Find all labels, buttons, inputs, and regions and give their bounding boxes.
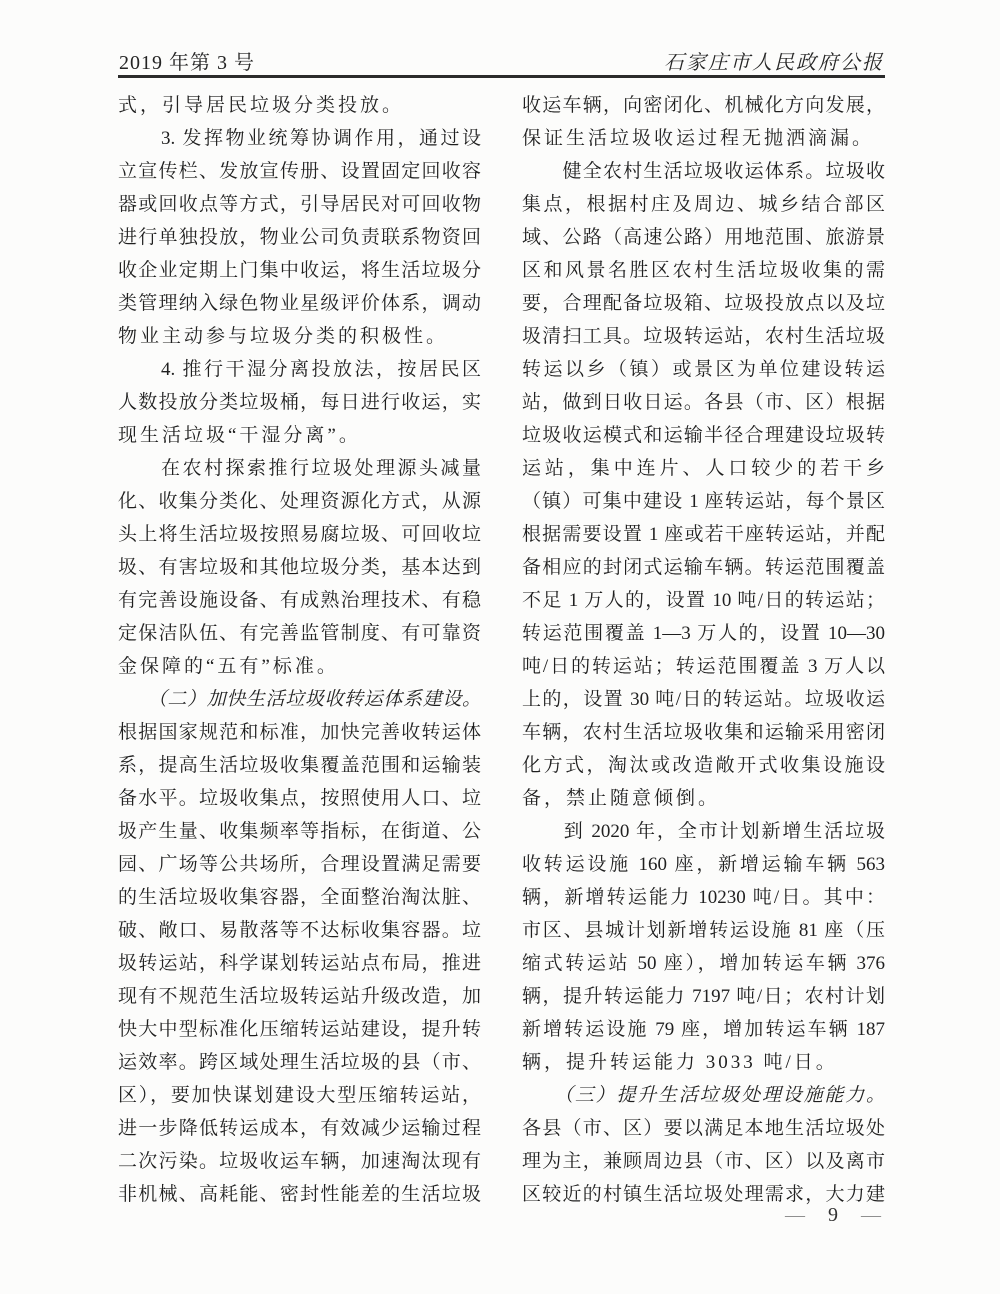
text-line: 健全农村生活垃圾收运体系。垃圾收	[522, 155, 885, 188]
text-line: 金保障的“五有”标准。	[118, 650, 481, 683]
text-line: 圾产生量、收集频率等指标，在街道、公	[118, 815, 481, 848]
text-line: 域、公路（高速公路）用地范围、旅游景	[522, 221, 885, 254]
text-line: 根据需要设置 1 座或若干座转运站，并配	[522, 518, 885, 551]
text-line: 的生活垃圾收集容器，全面整治淘汰脏、	[118, 881, 481, 914]
text-line: 4. 推行干湿分离投放法，按居民区	[118, 353, 481, 386]
gazette-page: 2019 年第 3 号 石家庄市人民政府公报 式，引导居民垃圾分类投放。 3. …	[0, 0, 1000, 1294]
text-line: 上的，设置 30 吨/日的转运站。垃圾收运	[522, 683, 885, 716]
text-line: 新增转运设施 79 座，增加转运车辆 187	[522, 1013, 885, 1046]
text-line: 转运以乡（镇）或景区为单位建设转运	[522, 353, 885, 386]
header-rule	[118, 75, 885, 78]
section-heading-line: （三）提升生活垃圾处理设施能力。	[522, 1079, 885, 1112]
text-line: 园、广场等公共场所，合理设置满足需要	[118, 848, 481, 881]
text-line: 圾转运站，科学谋划转运站点布局，推进	[118, 947, 481, 980]
text-line: 辆，提升转运能力 3033 吨/日。	[522, 1046, 885, 1079]
text-line: 类管理纳入绿色物业星级评价体系，调动	[118, 287, 481, 320]
section-heading-line: （二）加快生活垃圾收转运体系建设。	[118, 683, 481, 716]
footer-dash-left: —	[785, 1204, 805, 1227]
text-line: 进行单独投放，物业公司负责联系物资回	[118, 221, 481, 254]
text-line: 现有不规范生活垃圾转运站升级改造，加	[118, 980, 481, 1013]
text-line: 非机械、高耗能、密封性能差的生活垃圾	[118, 1178, 481, 1211]
text-line: 运效率。跨区域处理生活垃圾的县（市、	[118, 1046, 481, 1079]
text-line: 器或回收点等方式，引导居民对可回收物	[118, 188, 481, 221]
text-line: 集点，根据村庄及周边、城乡结合部区	[522, 188, 885, 221]
text-line: 站，做到日收日运。各县（市、区）根据	[522, 386, 885, 419]
text-line: 备水平。垃圾收集点，按照使用人口、垃	[118, 782, 481, 815]
text-line: 圾清扫工具。垃圾转运站，农村生活垃圾	[522, 320, 885, 353]
text-line: 理为主，兼顾周边县（市、区）以及离市	[522, 1145, 885, 1178]
text-line: 人数投放分类垃圾桶，每日进行收运，实	[118, 386, 481, 419]
text-line: 头上将生活垃圾按照易腐垃圾、可回收垃	[118, 518, 481, 551]
page-footer: — 9 —	[785, 1203, 881, 1227]
text-line: 区），要加快谋划建设大型压缩转运站，	[118, 1079, 481, 1112]
text-line: 在农村探索推行垃圾处理源头减量	[118, 452, 481, 485]
text-line: 各县（市、区）要以满足本地生活垃圾处	[522, 1112, 885, 1145]
text-line: 到 2020 年，全市计划新增生活垃圾	[522, 815, 885, 848]
text-line: 现生活垃圾“干湿分离”。	[118, 419, 481, 452]
text-line: 备，禁止随意倾倒。	[522, 782, 885, 815]
text-line: 转运范围覆盖 1—3 万人的，设置 10—30	[522, 617, 885, 650]
text-line: 不足 1 万人的，设置 10 吨/日的转运站；	[522, 584, 885, 617]
text-line: 缩式转运站 50 座），增加转运车辆 376	[522, 947, 885, 980]
header-issue: 2019 年第 3 号	[119, 46, 255, 75]
text-line: 车辆，农村生活垃圾收集和运输采用密闭	[522, 716, 885, 749]
text-line: 化、收集分类化、处理资源化方式，从源	[118, 485, 481, 518]
text-line: （镇）可集中建设 1 座转运站，每个景区	[522, 485, 885, 518]
text-line: 收企业定期上门集中收运，将生活垃圾分	[118, 254, 481, 287]
text-line: 物业主动参与垃圾分类的积极性。	[118, 320, 481, 353]
text-line: 运站，集中连片、人口较少的若干乡	[522, 452, 885, 485]
text-line: 式，引导居民垃圾分类投放。	[118, 89, 481, 122]
text-line: 进一步降低转运成本，有效减少运输过程	[118, 1112, 481, 1145]
text-line: 定保洁队伍、有完善监管制度、有可靠资	[118, 617, 481, 650]
text-line: 立宣传栏、发放宣传册、设置固定回收容	[118, 155, 481, 188]
text-column-right: 收运车辆，向密闭化、机械化方向发展，保证生活垃圾收运过程无抛洒滴漏。 健全农村生…	[522, 89, 885, 1211]
footer-dash-right: —	[861, 1204, 881, 1227]
text-line: 辆，新增转运能力 10230 吨/日。其中：	[522, 881, 885, 914]
text-line: 备相应的封闭式运输车辆。转运范围覆盖	[522, 551, 885, 584]
text-line: 破、敞口、易散落等不达标收集容器。垃	[118, 914, 481, 947]
text-line: 辆，提升转运能力 7197 吨/日；农村计划	[522, 980, 885, 1013]
text-line: 保证生活垃圾收运过程无抛洒滴漏。	[522, 122, 885, 155]
text-line: 3. 发挥物业统筹协调作用，通过设	[118, 122, 481, 155]
text-line: 有完善设施设备、有成熟治理技术、有稳	[118, 584, 481, 617]
text-line: 区和风景名胜区农村生活垃圾收集的需	[522, 254, 885, 287]
text-line: 市区、县城计划新增转运设施 81 座（压	[522, 914, 885, 947]
text-column-left: 式，引导居民垃圾分类投放。 3. 发挥物业统筹协调作用，通过设立宣传栏、发放宣传…	[118, 89, 481, 1211]
text-line: 收运车辆，向密闭化、机械化方向发展，	[522, 89, 885, 122]
page-number: 9	[828, 1204, 838, 1227]
text-line: 圾、有害垃圾和其他垃圾分类，基本达到	[118, 551, 481, 584]
text-line: 二次污染。垃圾收运车辆，加速淘汰现有	[118, 1145, 481, 1178]
text-line: 根据国家规范和标准，加快完善收转运体	[118, 716, 481, 749]
text-line: 要，合理配备垃圾箱、垃圾投放点以及垃	[522, 287, 885, 320]
text-line: 系，提高生活垃圾收集覆盖范围和运输装	[118, 749, 481, 782]
text-line: 快大中型标准化压缩转运站建设，提升转	[118, 1013, 481, 1046]
text-line: 垃圾收运模式和运输半径合理建设垃圾转	[522, 419, 885, 452]
text-line: 化方式，淘汰或改造敞开式收集设施设	[522, 749, 885, 782]
text-line: 吨/日的转运站；转运范围覆盖 3 万人以	[522, 650, 885, 683]
text-line: 收转运设施 160 座，新增运输车辆 563	[522, 848, 885, 881]
header-publication-title: 石家庄市人民政府公报	[664, 46, 884, 75]
